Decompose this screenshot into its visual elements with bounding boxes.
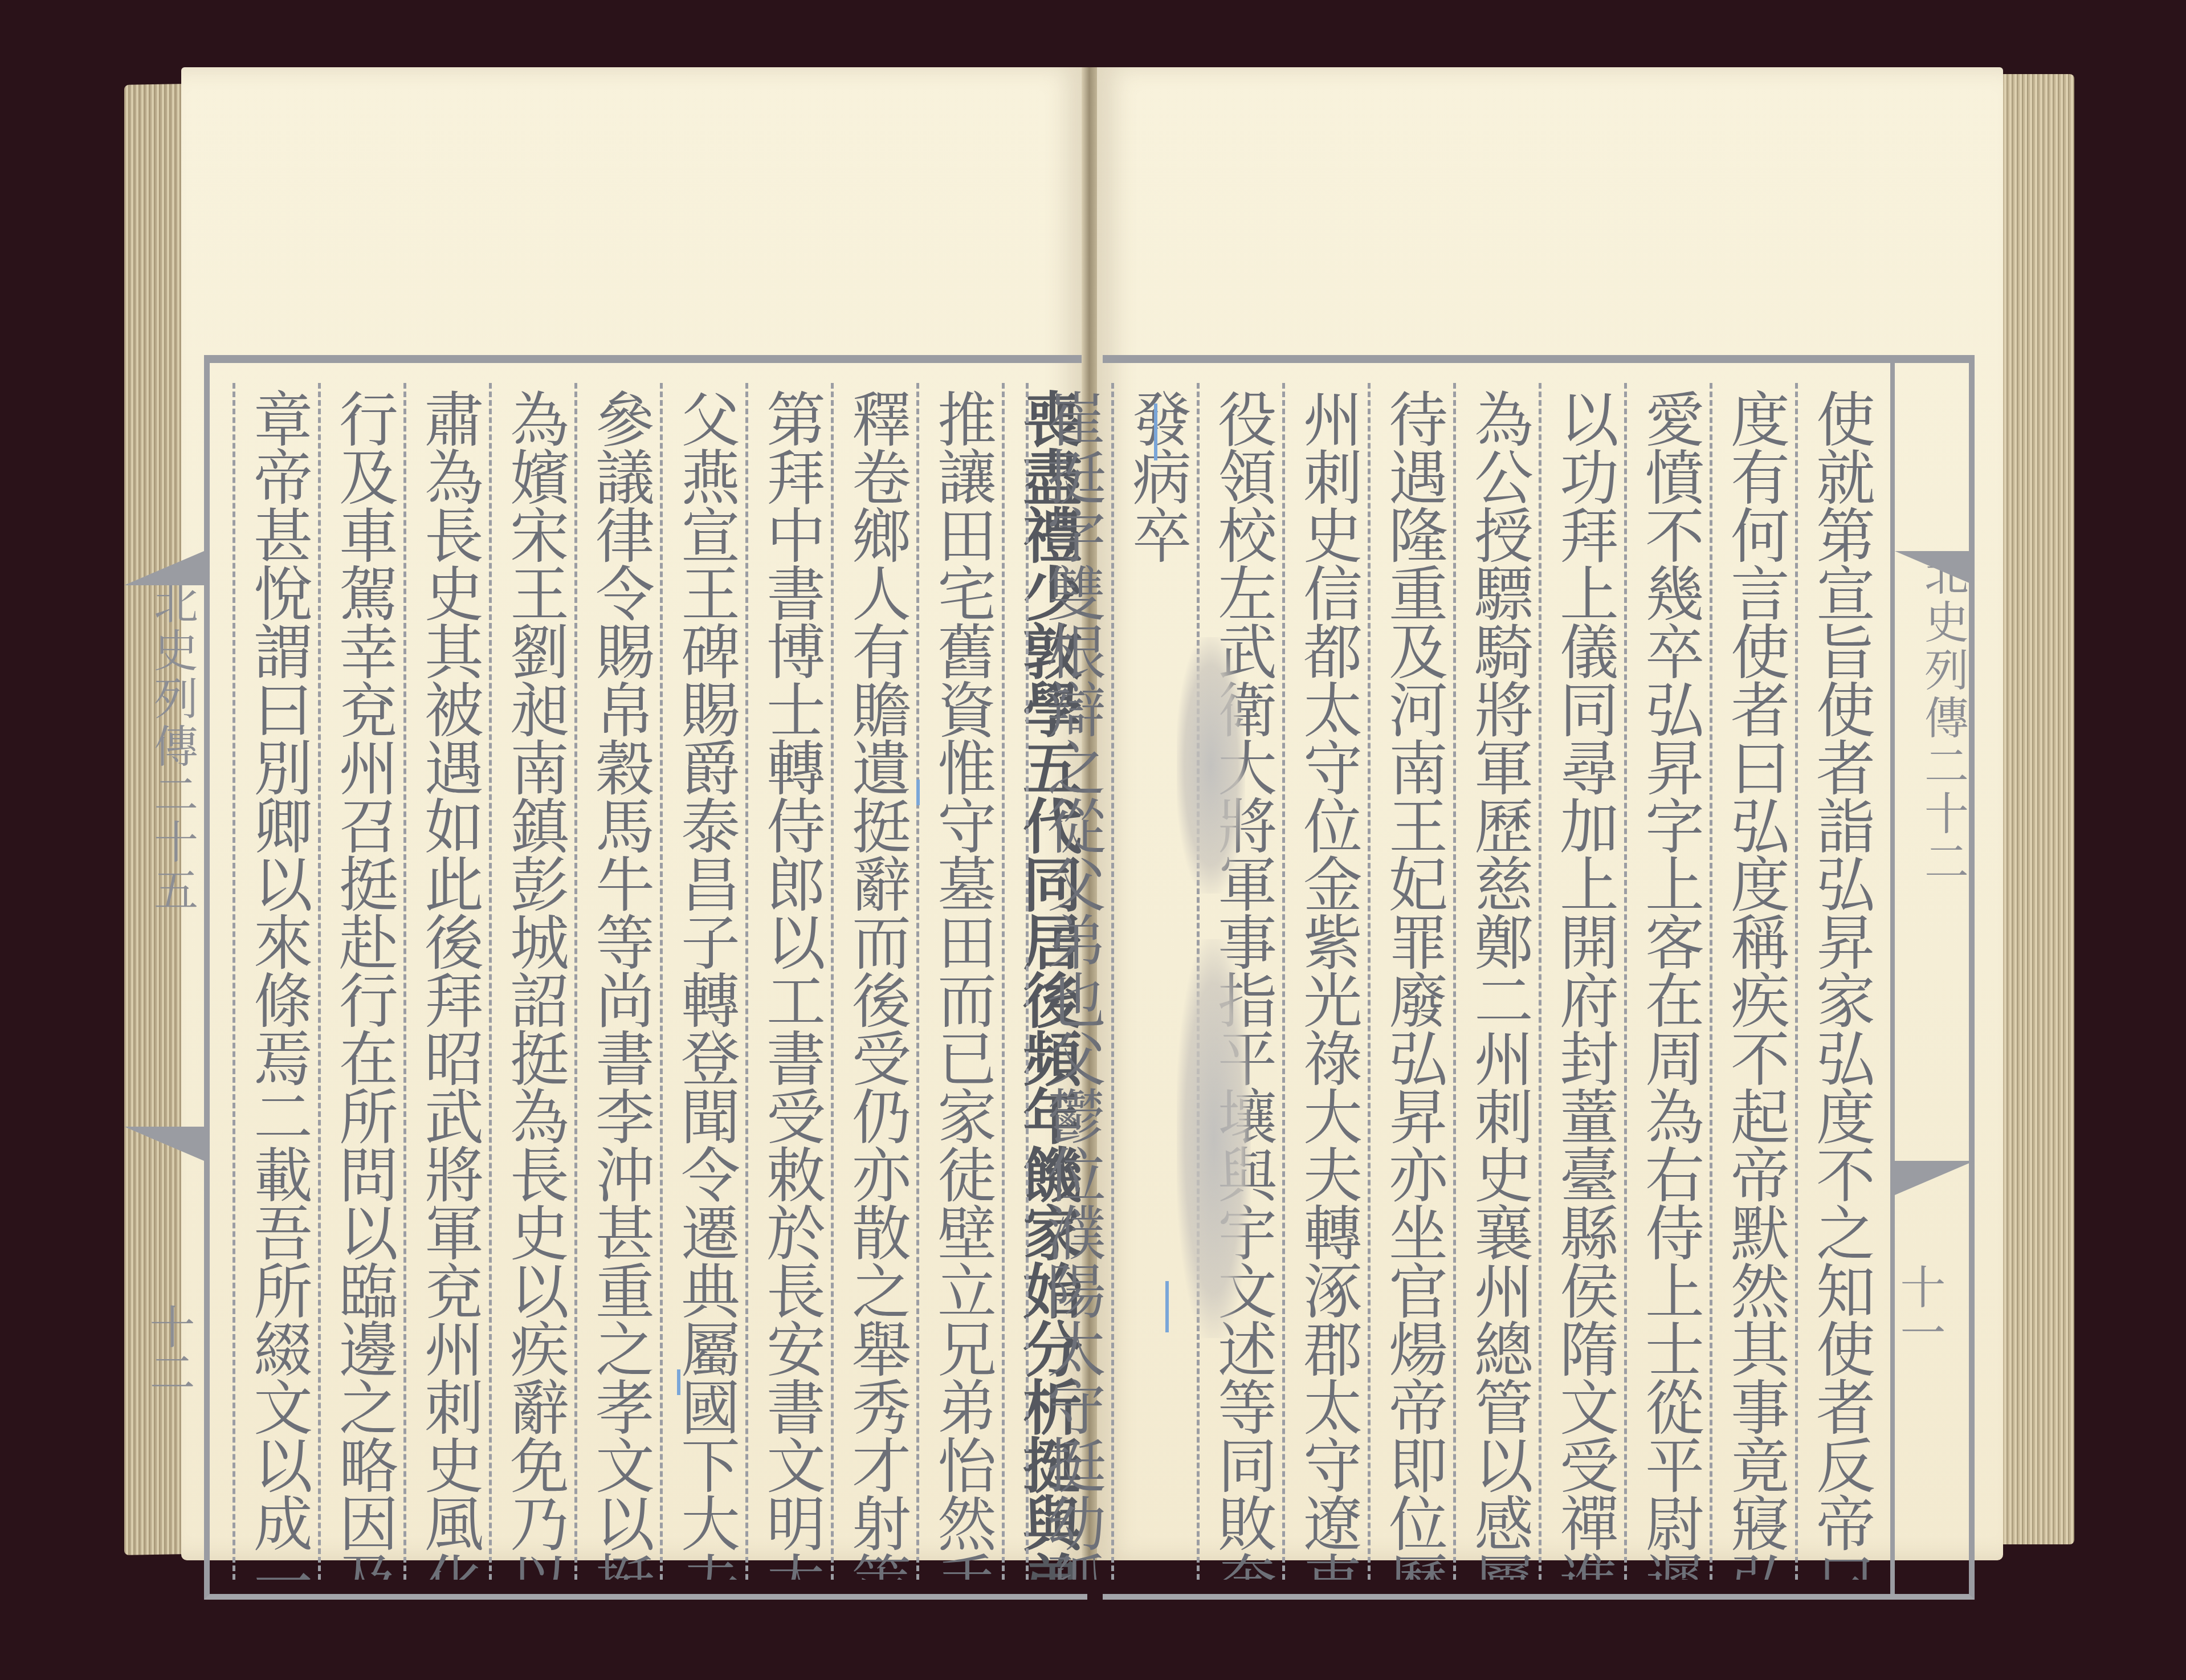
text-column: 肅為長史其被遇如此後拜昭武將軍兗州刺史風化大 (403, 383, 489, 1580)
right-page: 北史列傳二十二 十一 使就第宣旨使者詣弘昇家弘度不之知使者反帝曰弘 度有何言使者… (1097, 67, 2003, 1560)
fish-tail-mark-top (124, 551, 204, 585)
left-margin-title: 北史列傳二十五 (124, 363, 204, 1594)
blue-annotation-mark (1154, 403, 1157, 460)
text-column: 為公授驃騎將軍歷慈鄭二州刺史襄州總管以感屬故 (1453, 383, 1539, 1580)
open-book: 北史列傳二十五 十二 喪盡禮少敦學五代同居後頻年饑家始分析挺與弟振 推讓田宅舊資… (0, 0, 2186, 1680)
text-column: 第拜中書博士轉侍郎以工書受敕於長安書文明太后 (745, 383, 831, 1580)
left-page: 北史列傳二十五 十二 喪盡禮少敦學五代同居後頻年饑家始分析挺與弟振 推讓田宅舊資… (181, 67, 1084, 1560)
text-column: 為嬪宋王劉昶南鎮彭城詔挺為長史以疾辭免乃以王 (489, 383, 574, 1580)
left-text-columns: 喪盡禮少敦學五代同居後頻年饑家始分析挺與弟振 推讓田宅舊資惟守墓田而已家徒壁立兄… (215, 383, 1087, 1580)
right-margin-title: 北史列傳二十二 (1890, 363, 1975, 1594)
left-print-frame: 北史列傳二十五 十二 喪盡禮少敦學五代同居後頻年饑家始分析挺與弟振 推讓田宅舊資… (204, 355, 1087, 1600)
left-page-number: 十二 (136, 1303, 201, 1394)
text-column: 度有何言使者曰弘度稱疾不起帝默然其事竟寢弘度 (1710, 383, 1795, 1580)
text-column: 推讓田宅舊資惟守墓田而已家徒壁立兄弟怡然手不 (916, 383, 1002, 1580)
text-column: 崔挺字雙根辯之從父弟也父鬱位濮陽太守挺幼孤居 (1026, 383, 1111, 1580)
fish-tail-mark-top (1895, 551, 1975, 585)
blue-annotation-mark (677, 1369, 680, 1395)
text-column: 使就第宣旨使者詣弘昇家弘度不之知使者反帝曰弘 (1795, 383, 1881, 1580)
text-column: 行及車駕幸兗州召挺赴行在所問以臨邊之略因及文 (318, 383, 403, 1580)
right-page-stack (1997, 74, 2074, 1544)
right-page-number: 十一 (1886, 1263, 1952, 1355)
text-column: 章帝甚悅謂曰別卿以來條焉二載吾所綴文以成一集 (233, 383, 318, 1580)
text-column: 參議律令賜帛穀馬牛等尚書李沖甚重之孝文以挺女 (574, 383, 660, 1580)
text-column: 父燕宣王碑賜爵泰昌子轉登聞令遷典屬國下大夫以 (660, 383, 745, 1580)
text-column: 以功拜上儀同尋加上開府封蕫臺縣侯隋文受禪進爵 (1539, 383, 1624, 1580)
worn-ink-blot (1177, 637, 1245, 894)
text-column: 州刺史信都太守位金紫光祿大夫轉涿郡太守遼東之 (1282, 383, 1368, 1580)
worn-ink-blot (1177, 939, 1251, 1338)
fish-tail-mark-bottom (1895, 1161, 1975, 1195)
text-column: 愛憤不幾卒弘昇字上客在周為右侍上士從平尉遲迥 (1624, 383, 1710, 1580)
text-column: 待遇隆重及河南王妃罪廢弘昇亦坐官煬帝即位歷冀 (1368, 383, 1453, 1580)
text-column: 釋卷鄉人有贍遺挺辭而後受仍亦散之舉秀才射策高 (831, 383, 916, 1580)
blue-annotation-mark (1165, 1281, 1169, 1332)
fish-tail-mark-bottom (124, 1127, 204, 1161)
blue-annotation-mark (916, 780, 920, 805)
